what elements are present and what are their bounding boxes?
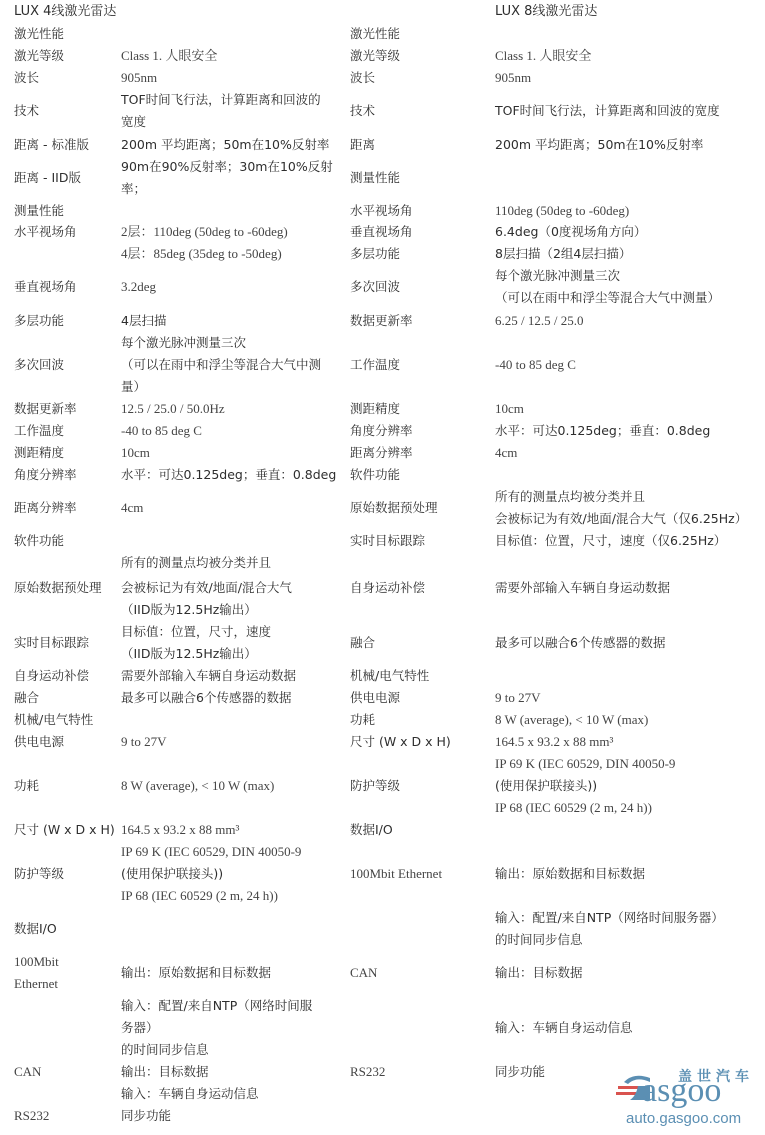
value-raw-data-line1: 所有的测量点均被分类并且 — [495, 489, 645, 505]
value-protection-line2: (使用保护联接头)) — [121, 866, 223, 882]
label-range-resolution: 距离分辨率 — [14, 500, 77, 516]
lux4-title: LUX 4线激光雷达 — [14, 4, 116, 20]
value-vertical-fov: 3.2deg — [121, 279, 156, 295]
label-dimensions: 尺寸 (W x D x H) — [350, 734, 451, 750]
label-laser-performance: 激光性能 — [14, 26, 64, 42]
value-range-resolution: 4cm — [121, 500, 143, 516]
value-range: 200m 平均距离；50m在10%反射率 — [495, 137, 703, 153]
label-software-features: 软件功能 — [350, 467, 400, 483]
label-range: 距离 — [350, 137, 375, 153]
value-can-line2: 输入：车辆自身运动信息 — [495, 1020, 633, 1036]
label-raw-data-preprocessing: 原始数据预处理 — [350, 500, 438, 516]
value-raw-data-line1: 所有的测量点均被分类并且 — [121, 555, 271, 571]
label-object-tracking: 实时目标跟踪 — [350, 533, 425, 549]
label-power-consumption: 功耗 — [350, 712, 375, 728]
value-object-tracking: 目标值：位置，尺寸，速度（仅6.25Hz） — [495, 533, 726, 549]
value-power-supply: 9 to 27V — [495, 690, 541, 706]
value-protection-line1: IP 69 K (IEC 60529, DIN 40050-9 — [495, 756, 675, 772]
label-laser-class: 激光等级 — [14, 48, 64, 64]
value-multi-layer: 4层扫描 — [121, 313, 166, 329]
label-fusion: 融合 — [14, 690, 39, 706]
label-angular-resolution: 角度分辨率 — [14, 467, 77, 483]
value-range-accuracy: 10cm — [495, 401, 524, 417]
label-data-io: 数据I/O — [14, 921, 57, 937]
label-multi-echo: 多次回波 — [14, 357, 64, 373]
value-range-hd-line2: 率； — [121, 181, 146, 197]
brand-url-text: auto.gasgoo.com — [626, 1110, 741, 1127]
value-horizontal-fov-line2: 4层：85deg (35deg to -50deg) — [121, 246, 282, 262]
label-power-supply: 供电电源 — [14, 734, 64, 750]
value-dimensions: 164.5 x 93.2 x 88 mm³ — [121, 822, 239, 838]
label-ego-motion: 自身运动补偿 — [350, 580, 425, 596]
value-multi-echo-line2: （可以在雨中和浮尘等混合大气中测量） — [495, 290, 720, 306]
label-protection-class: 防护等级 — [14, 866, 64, 882]
label-range-hd: 距离 - IID版 — [14, 170, 81, 186]
value-range-standard: 200m 平均距离；50m在10%反射率 — [121, 137, 329, 153]
label-ethernet-line1: 100Mbit — [14, 954, 59, 970]
brand-en-text: asgoo — [642, 1074, 721, 1108]
value-ethernet-line3: 务器） — [121, 1020, 159, 1036]
value-rs232: 同步功能 — [495, 1064, 545, 1080]
label-multi-layer: 多层功能 — [350, 246, 400, 262]
value-object-tracking-line2: （IID版为12.5Hz输出） — [121, 646, 257, 662]
label-update-rate: 数据更新率 — [350, 313, 413, 329]
value-ethernet-line1: 输出：原始数据和目标数据 — [495, 866, 645, 882]
value-technology-line1: TOF时间飞行法，计算距离和回波的 — [121, 92, 321, 108]
value-raw-data-line2: 会被标记为有效/地面/混合大气 — [121, 580, 292, 596]
label-mechanical-electrical: 机械/电气特性 — [14, 712, 93, 728]
label-technology: 技术 — [350, 103, 375, 119]
label-technology: 技术 — [14, 103, 39, 119]
lux8-title: LUX 8线激光雷达 — [495, 4, 597, 20]
value-range-hd-line1: 90m在90%反射率；30m在10%反射 — [121, 159, 333, 175]
value-laser-class: Class 1. 人眼安全 — [121, 48, 217, 64]
label-horizontal-fov: 水平视场角 — [350, 203, 413, 219]
value-technology: TOF时间飞行法，计算距离和回波的宽度 — [495, 103, 720, 119]
label-can: CAN — [350, 965, 377, 981]
value-angular-resolution: 水平：可达0.125deg；垂直：0.8deg — [121, 467, 336, 483]
label-multi-layer: 多层功能 — [14, 313, 64, 329]
value-fusion: 最多可以融合6个传感器的数据 — [495, 635, 665, 651]
value-multi-layer: 8层扫描（2组4层扫描） — [495, 246, 631, 262]
value-ethernet-line3: 的时间同步信息 — [495, 932, 583, 948]
label-range-standard: 距离 - 标准版 — [14, 137, 89, 153]
label-vertical-fov: 垂直视场角 — [14, 279, 77, 295]
value-angular-resolution: 水平：可达0.125deg；垂直：0.8deg — [495, 423, 710, 439]
value-update-rate: 12.5 / 25.0 / 50.0Hz — [121, 401, 225, 417]
label-object-tracking: 实时目标跟踪 — [14, 635, 89, 651]
label-raw-data-preprocessing: 原始数据预处理 — [14, 580, 102, 596]
label-measurement-performance: 测量性能 — [350, 170, 400, 186]
label-laser-performance: 激光性能 — [350, 26, 400, 42]
label-operating-temperature: 工作温度 — [14, 423, 64, 439]
value-can-line2: 输入：车辆自身运动信息 — [121, 1086, 259, 1102]
value-wavelength: 905nm — [495, 70, 531, 86]
label-power-supply: 供电电源 — [350, 690, 400, 706]
value-horizontal-fov: 110deg (50deg to -60deg) — [495, 203, 629, 219]
value-can-line1: 输出：目标数据 — [121, 1064, 209, 1080]
label-rs232: RS232 — [14, 1108, 49, 1124]
value-power-supply: 9 to 27V — [121, 734, 167, 750]
label-range-accuracy: 测距精度 — [350, 401, 400, 417]
gasgoo-watermark-logo: 盖世汽车 asgoo auto.gasgoo.com — [612, 1066, 762, 1132]
value-ego-motion: 需要外部输入车辆自身运动数据 — [121, 668, 296, 684]
value-multi-echo-line1: 每个激光脉冲测量三次 — [121, 335, 246, 351]
value-ethernet-line1: 输出：原始数据和目标数据 — [121, 965, 271, 981]
lux8-spec-column: LUX 8线激光雷达 激光性能 激光等级 Class 1. 人眼安全 波长 90… — [345, 0, 765, 1135]
label-ego-motion: 自身运动补偿 — [14, 668, 89, 684]
value-operating-temperature: -40 to 85 deg C — [121, 423, 202, 439]
value-horizontal-fov-line1: 2层：110deg (50deg to -60deg) — [121, 224, 288, 240]
label-vertical-fov: 垂直视场角 — [350, 224, 413, 240]
label-laser-class: 激光等级 — [350, 48, 400, 64]
label-mechanical-electrical: 机械/电气特性 — [350, 668, 429, 684]
value-ethernet-line4: 的时间同步信息 — [121, 1042, 209, 1058]
value-fusion: 最多可以融合6个传感器的数据 — [121, 690, 291, 706]
label-range-resolution: 距离分辨率 — [350, 445, 413, 461]
value-multi-echo-line3: 量） — [121, 379, 146, 395]
label-range-accuracy: 测距精度 — [14, 445, 64, 461]
label-ethernet-line2: Ethernet — [14, 976, 58, 992]
label-software-features: 软件功能 — [14, 533, 64, 549]
value-vertical-fov: 6.4deg（0度视场角方向） — [495, 224, 646, 240]
value-wavelength: 905nm — [121, 70, 157, 86]
value-ego-motion: 需要外部输入车辆自身运动数据 — [495, 580, 670, 596]
label-power-consumption: 功耗 — [14, 778, 39, 794]
value-update-rate: 6.25 / 12.5 / 25.0 — [495, 313, 583, 329]
label-protection-class: 防护等级 — [350, 778, 400, 794]
value-dimensions: 164.5 x 93.2 x 88 mm³ — [495, 734, 613, 750]
value-ethernet-line2: 输入：配置/来自NTP（网络时间服 — [121, 998, 312, 1014]
value-multi-echo-line2: （可以在雨中和浮尘等混合大气中测 — [121, 357, 321, 373]
label-ethernet: 100Mbit Ethernet — [350, 866, 442, 882]
label-fusion: 融合 — [350, 635, 375, 651]
label-data-io: 数据I/O — [350, 822, 393, 838]
value-power-consumption: 8 W (average), < 10 W (max) — [121, 778, 274, 794]
value-can-line1: 输出：目标数据 — [495, 965, 583, 981]
value-power-consumption: 8 W (average), < 10 W (max) — [495, 712, 648, 728]
value-range-accuracy: 10cm — [121, 445, 150, 461]
value-raw-data-line2: 会被标记为有效/地面/混合大气（仅6.25Hz） — [495, 511, 747, 527]
value-protection-line1: IP 69 K (IEC 60529, DIN 40050-9 — [121, 844, 301, 860]
value-protection-line2: (使用保护联接头)) — [495, 778, 597, 794]
value-technology-line2: 宽度 — [121, 114, 146, 130]
value-object-tracking-line1: 目标值：位置，尺寸，速度 — [121, 624, 271, 640]
value-multi-echo-line1: 每个激光脉冲测量三次 — [495, 268, 620, 284]
value-ethernet-line2: 输入：配置/来自NTP（网络时间服务器） — [495, 910, 724, 926]
label-angular-resolution: 角度分辨率 — [350, 423, 413, 439]
value-laser-class: Class 1. 人眼安全 — [495, 48, 591, 64]
label-dimensions: 尺寸 (W x D x H) — [14, 822, 115, 838]
label-can: CAN — [14, 1064, 41, 1080]
label-operating-temperature: 工作温度 — [350, 357, 400, 373]
label-update-rate: 数据更新率 — [14, 401, 77, 417]
label-horizontal-fov: 水平视场角 — [14, 224, 77, 240]
value-protection-line3: IP 68 (IEC 60529 (2 m, 24 h)) — [121, 888, 278, 904]
label-wavelength: 波长 — [14, 70, 39, 86]
value-range-resolution: 4cm — [495, 445, 517, 461]
label-multi-echo: 多次回波 — [350, 279, 400, 295]
label-rs232: RS232 — [350, 1064, 385, 1080]
lux4-spec-column: LUX 4线激光雷达 激光性能 激光等级 Class 1. 人眼安全 波长 90… — [0, 0, 345, 1135]
value-protection-line3: IP 68 (IEC 60529 (2 m, 24 h)) — [495, 800, 652, 816]
label-measurement-performance: 测量性能 — [14, 203, 64, 219]
value-raw-data-line3: （IID版为12.5Hz输出） — [121, 602, 257, 618]
value-operating-temperature: -40 to 85 deg C — [495, 357, 576, 373]
label-wavelength: 波长 — [350, 70, 375, 86]
value-rs232: 同步功能 — [121, 1108, 171, 1124]
